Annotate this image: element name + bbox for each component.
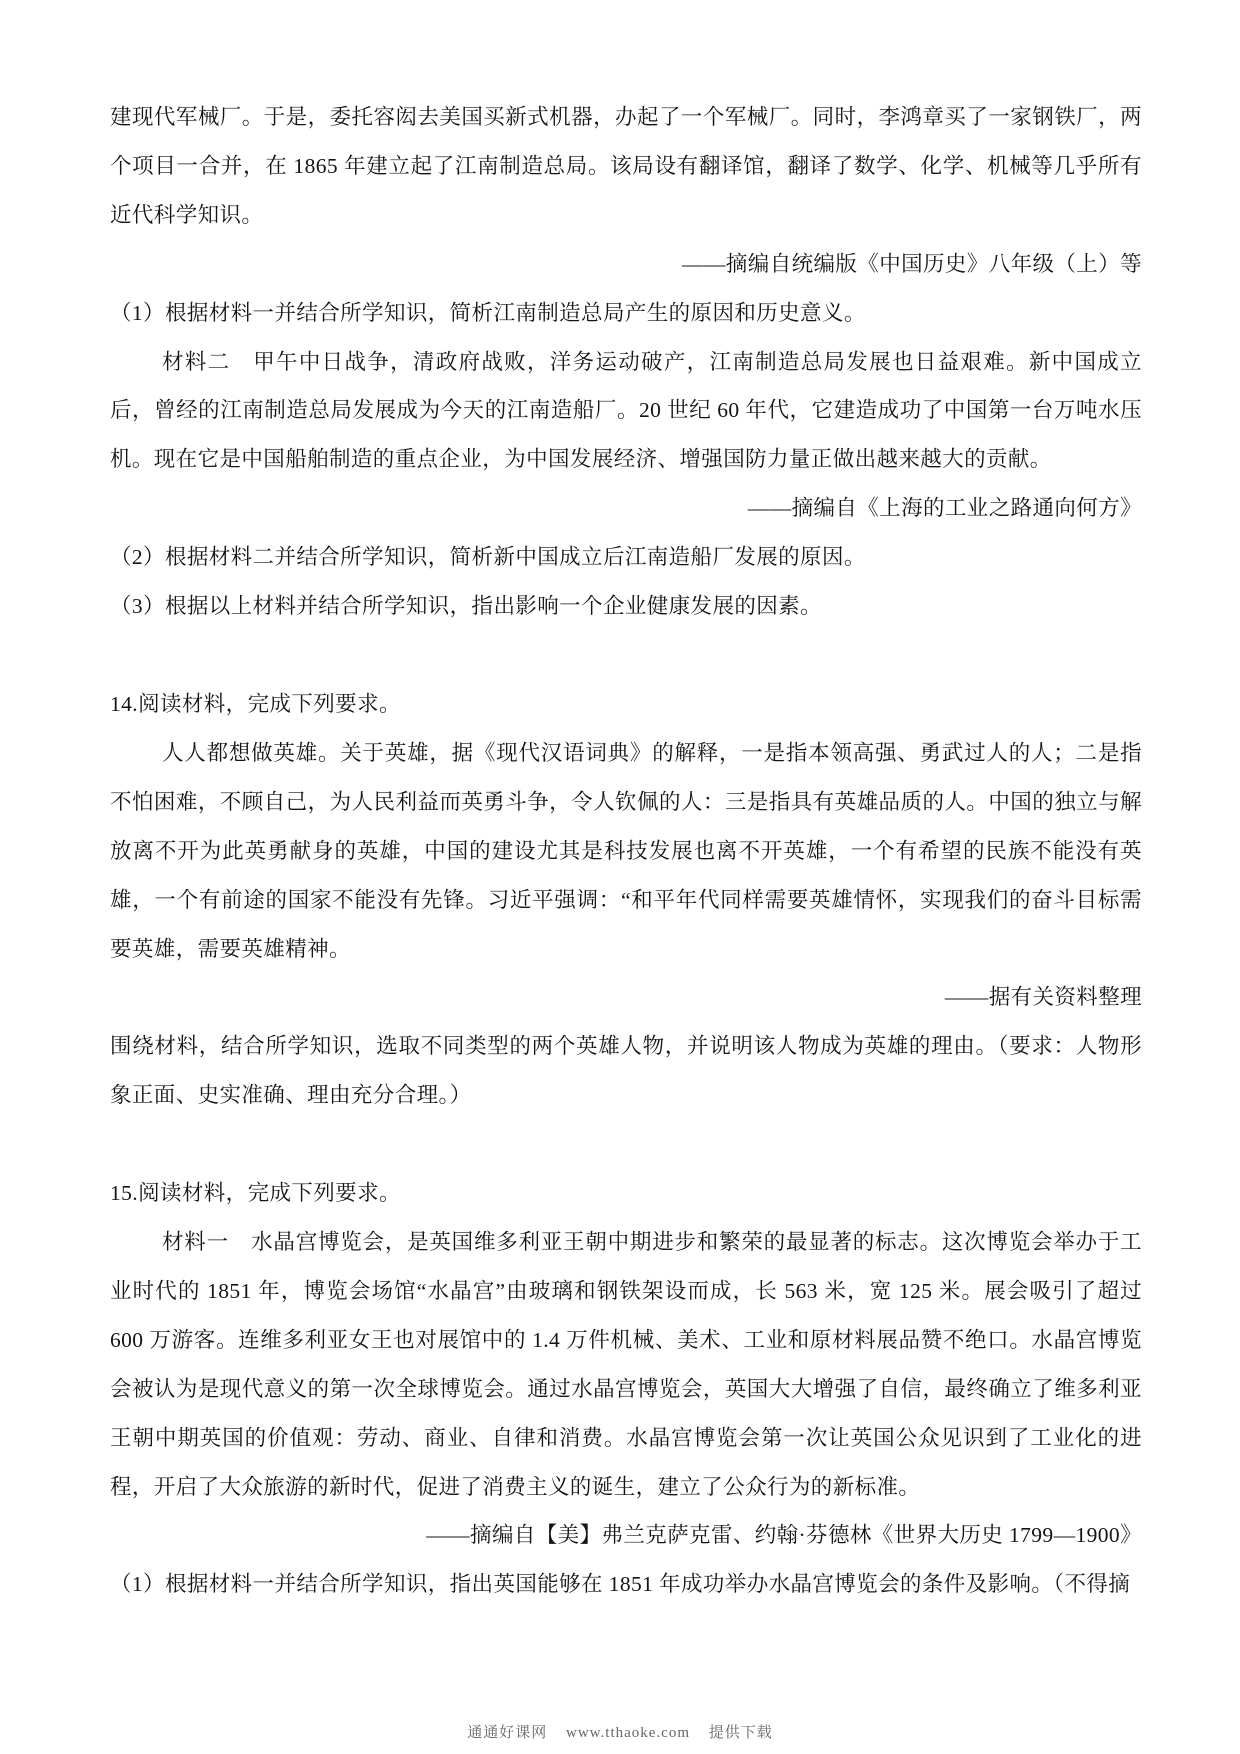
source-attribution: ——据有关资料整理 [110,973,1142,1022]
question-heading: 14.阅读材料，完成下列要求。 [110,680,1142,729]
footer-site-name: 通通好课网 [467,1725,547,1741]
footer-note: 提供下载 [709,1725,773,1741]
document-body: 建现代军械厂。于是，委托容闳去美国买新式机器，办起了一个军械厂。同时，李鸿章买了… [110,93,1142,1609]
material-paragraph: 材料二 甲午中日战争，清政府战败，洋务运动破产，江南制造总局发展也日益艰难。新中… [110,338,1142,485]
question-heading: 15.阅读材料，完成下列要求。 [110,1169,1142,1218]
source-attribution: ——摘编自统编版《中国历史》八年级（上）等 [110,240,1142,289]
question-item: （3）根据以上材料并结合所学知识，指出影响一个企业健康发展的因素。 [110,582,1142,631]
exam-page: 建现代军械厂。于是，委托容闳去美国买新式机器，办起了一个军械厂。同时，李鸿章买了… [0,0,1240,1754]
material-paragraph: 材料一 水晶宫博览会，是英国维多利亚王朝中期进步和繁荣的最显著的标志。这次博览会… [110,1218,1142,1511]
source-attribution: ——摘编自【美】弗兰克萨克雷、约翰·芬德林《世界大历史 1799—1900》 [110,1511,1142,1560]
page-footer: 通通好课网 www.tthaoke.com 提供下载 [0,1721,1240,1742]
question-item: （1）根据材料一并结合所学知识，简析江南制造总局产生的原因和历史意义。 [110,289,1142,338]
body-paragraph: 围绕材料，结合所学知识，选取不同类型的两个英雄人物，并说明该人物成为英雄的理由。… [110,1022,1142,1120]
source-attribution: ——摘编自《上海的工业之路通向何方》 [110,484,1142,533]
question-item: （2）根据材料二并结合所学知识，简析新中国成立后江南造船厂发展的原因。 [110,533,1142,582]
footer-url: www.tthaoke.com [566,1725,690,1741]
body-paragraph: 建现代军械厂。于是，委托容闳去美国买新式机器，办起了一个军械厂。同时，李鸿章买了… [110,93,1142,240]
question-item: （1）根据材料一并结合所学知识，指出英国能够在 1851 年成功举办水晶宫博览会… [110,1560,1142,1609]
material-paragraph: 人人都想做英雄。关于英雄，据《现代汉语词典》的解释，一是指本领高强、勇武过人的人… [110,729,1142,974]
